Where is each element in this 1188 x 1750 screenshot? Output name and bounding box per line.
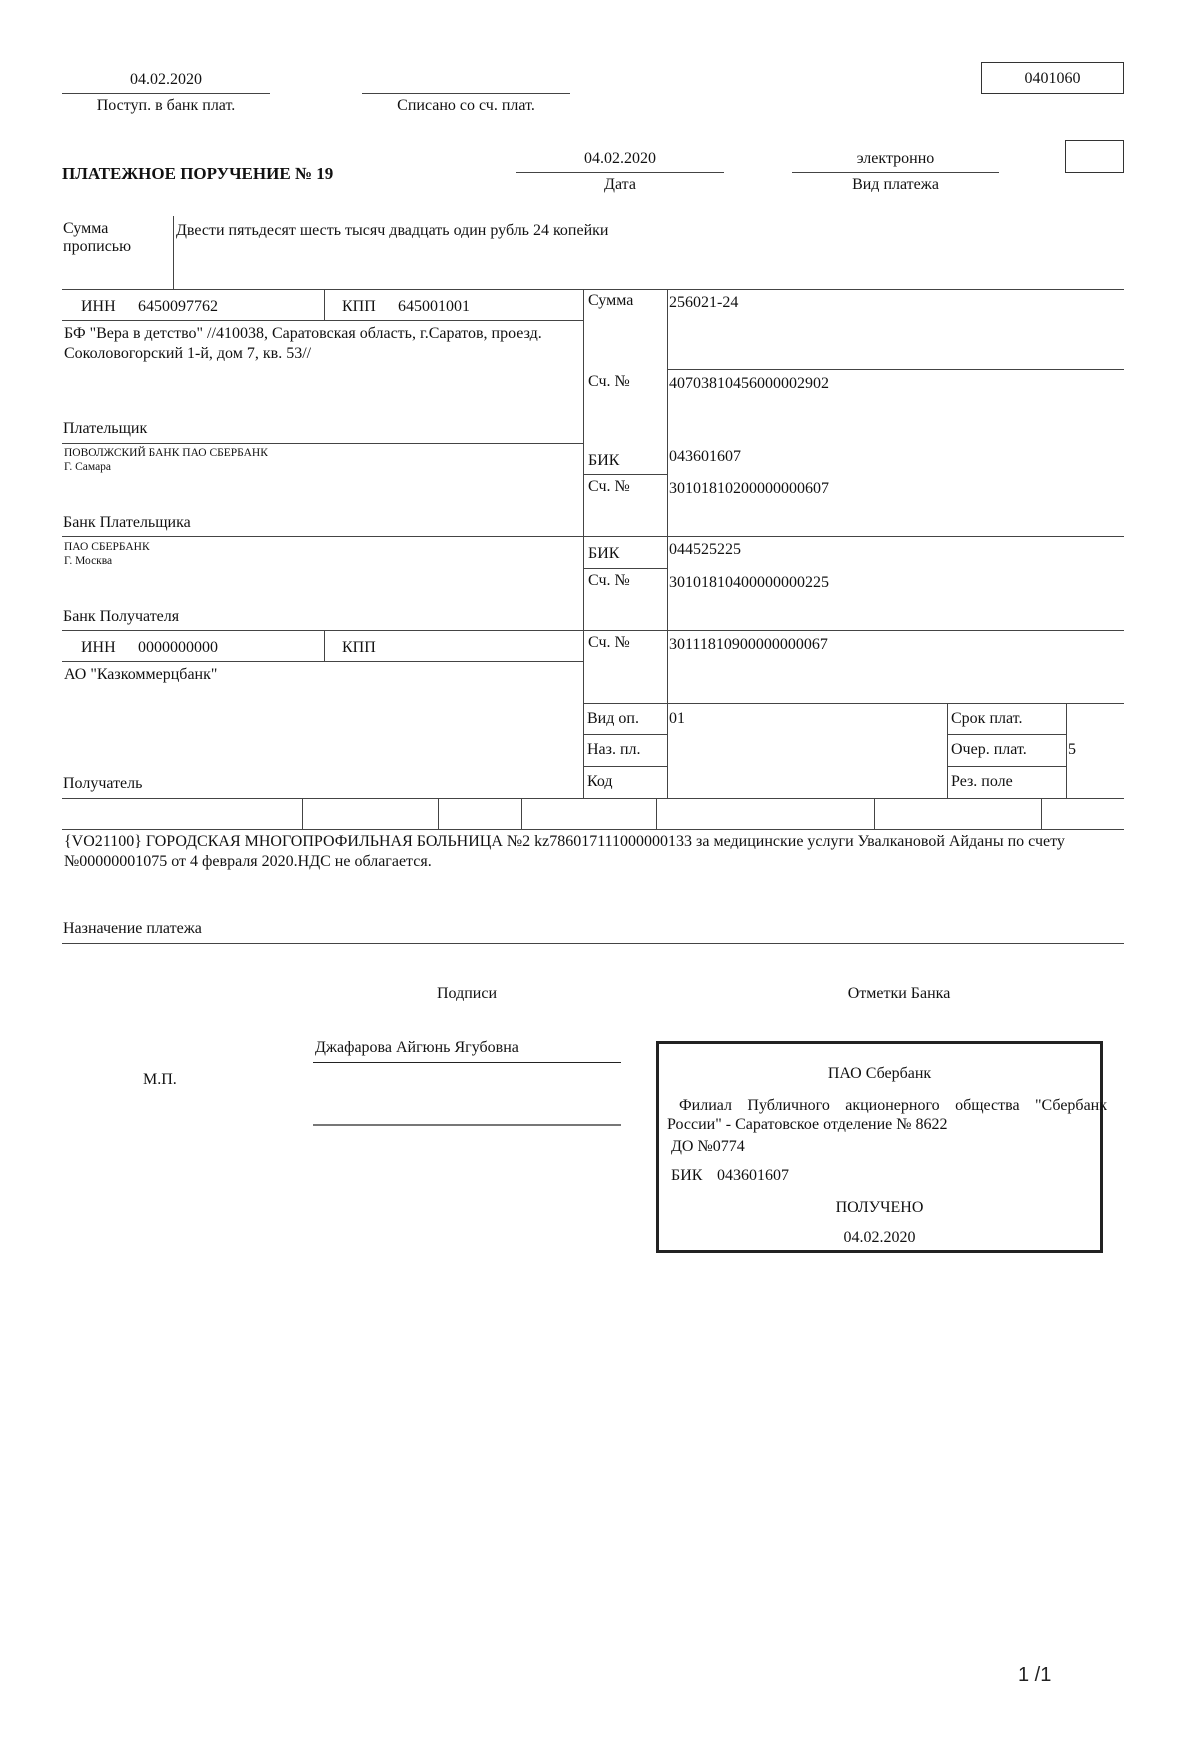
grid-line [583, 766, 667, 767]
amount-label: Сумма [588, 293, 633, 309]
purpose-line-1: {VO21100} ГОРОДСКАЯ МНОГОПРОФИЛЬНАЯ БОЛЬ… [64, 834, 1065, 850]
stamp-status: ПОЛУЧЕНО [659, 1200, 1100, 1216]
form-code-box: 0401060 [981, 62, 1124, 94]
payee-account-label: Сч. № [588, 635, 630, 651]
payee-bank-bik: 044525225 [669, 542, 741, 558]
grid-line [1066, 703, 1067, 798]
signatures-label: Подписи [367, 986, 567, 1002]
grid-line [62, 289, 1124, 290]
payer-bank-city: Г. Самара [64, 462, 111, 474]
grid-line [947, 703, 948, 798]
purpose-line [62, 943, 1124, 944]
received-date-line [62, 93, 270, 94]
received-date: 04.02.2020 [62, 72, 270, 88]
payer-account: 40703810456000002902 [669, 376, 829, 392]
payer-name-2: Соколовогорский 1-й, дом 7, кв. 53// [64, 346, 311, 362]
stamp-bik: 043601607 [717, 1168, 789, 1184]
amount-words-divider [173, 216, 174, 289]
received-label: Поступ. в банк плат. [62, 98, 270, 114]
payee-bank-bik-label: БИК [588, 546, 619, 562]
payment-type-label: Вид платежа [792, 177, 999, 193]
grid-line [62, 320, 583, 321]
signature-line-2 [313, 1124, 621, 1126]
stamp-office: ДО №0774 [671, 1139, 745, 1155]
grid-line [62, 661, 583, 662]
amount-value: 256021-24 [669, 295, 738, 311]
signer-1-name: Джафарова Айгюнь Ягубовна [315, 1040, 519, 1056]
payee-bank-account-label: Сч. № [588, 573, 630, 589]
payee-bank-city: Г. Москва [64, 556, 112, 568]
payment-type-line [792, 172, 999, 173]
grid-line [1041, 798, 1042, 829]
payer-label: Плательщик [63, 421, 147, 437]
page-indicator: 1 /1 [1018, 1665, 1051, 1685]
debited-date-line [362, 93, 570, 94]
grid-line [521, 798, 522, 829]
grid-line [667, 369, 1124, 370]
stamp-bik-label: БИК [671, 1168, 702, 1184]
grid-line [62, 829, 1124, 830]
payer-kpp-label: КПП [342, 299, 376, 315]
bank-stamp: ПАО Сбербанк Филиал Публичного акционерн… [656, 1041, 1103, 1253]
page-title: ПЛАТЕЖНОЕ ПОРУЧЕНИЕ № 19 [62, 165, 333, 182]
grid-line [62, 443, 583, 444]
seal-label: М.П. [143, 1072, 177, 1088]
payer-bank-name: ПОВОЛЖСКИЙ БАНК ПАО СБЕРБАНК [64, 448, 268, 460]
grid-line [583, 734, 667, 735]
payer-bank-label: Банк Плательщика [63, 515, 191, 531]
order-date: 04.02.2020 [516, 151, 724, 167]
payee-label: Получатель [63, 776, 142, 792]
amount-words-label-2: прописью [63, 239, 131, 255]
payee-account: 30111810900000000067 [669, 637, 828, 653]
payer-bank-account-label: Сч. № [588, 479, 630, 495]
payee-bank-account: 30101810400000000225 [669, 575, 829, 591]
payee-bank-name: ПАО СБЕРБАНК [64, 542, 150, 554]
grid-line [656, 798, 657, 829]
srok-label: Срок плат. [951, 711, 1022, 727]
vid-op-label: Вид оп. [587, 711, 639, 727]
amount-words-value: Двести пятьдесят шесть тысяч двадцать од… [176, 223, 609, 239]
naz-pl-label: Наз. пл. [587, 742, 641, 758]
grid-line [324, 630, 325, 661]
grid-line [62, 798, 1124, 799]
grid-line [62, 630, 1124, 631]
payer-name-1: БФ "Вера в детство" //410038, Саратовска… [64, 326, 542, 342]
payee-name: АО "Казкоммерцбанк" [64, 667, 217, 683]
grid-line [947, 766, 1066, 767]
payer-inn-label: ИНН [81, 299, 116, 315]
payee-inn-label: ИНН [81, 640, 116, 656]
stamp-date: 04.02.2020 [659, 1230, 1100, 1246]
payer-inn: 6450097762 [138, 299, 218, 315]
payer-bank-bik-label: БИК [588, 453, 619, 469]
order-date-label: Дата [516, 177, 724, 193]
stamp-bank: ПАО Сбербанк [659, 1066, 1100, 1082]
grid-line [438, 798, 439, 829]
grid-line [324, 289, 325, 320]
grid-line [667, 289, 668, 798]
ocher-label: Очер. плат. [951, 742, 1027, 758]
grid-line [62, 536, 1124, 537]
purpose-label: Назначение платежа [63, 921, 202, 937]
ocher-value: 5 [1068, 742, 1076, 758]
grid-line [583, 703, 1124, 704]
amount-words-label-1: Сумма [63, 221, 108, 237]
payer-kpp: 645001001 [398, 299, 470, 315]
kod-label: Код [587, 774, 613, 790]
bank-marks-label: Отметки Банка [799, 986, 999, 1002]
payee-kpp-label: КПП [342, 640, 376, 656]
payee-bank-label: Банк Получателя [63, 609, 179, 625]
grid-line [583, 474, 667, 475]
form-code: 0401060 [982, 71, 1123, 87]
grid-line [583, 289, 584, 798]
payee-inn: 0000000000 [138, 640, 218, 656]
order-date-line [516, 172, 724, 173]
grid-line [583, 568, 667, 569]
grid-line [302, 798, 303, 829]
vid-op-value: 01 [669, 711, 685, 727]
rez-label: Рез. поле [951, 774, 1013, 790]
payer-bank-account: 30101810200000000607 [669, 481, 829, 497]
payer-bank-bik: 043601607 [669, 449, 741, 465]
signature-line-1 [313, 1062, 621, 1063]
stamp-branch: Филиал Публичного акционерного общества … [667, 1096, 1107, 1134]
payment-type: электронно [792, 151, 999, 167]
payer-account-label: Сч. № [588, 374, 630, 390]
purpose-line-2: №00000001075 от 4 февраля 2020.НДС не об… [64, 854, 432, 870]
grid-line [947, 734, 1066, 735]
grid-line [874, 798, 875, 829]
debited-label: Списано со сч. плат. [362, 98, 570, 114]
status-box [1065, 140, 1124, 173]
